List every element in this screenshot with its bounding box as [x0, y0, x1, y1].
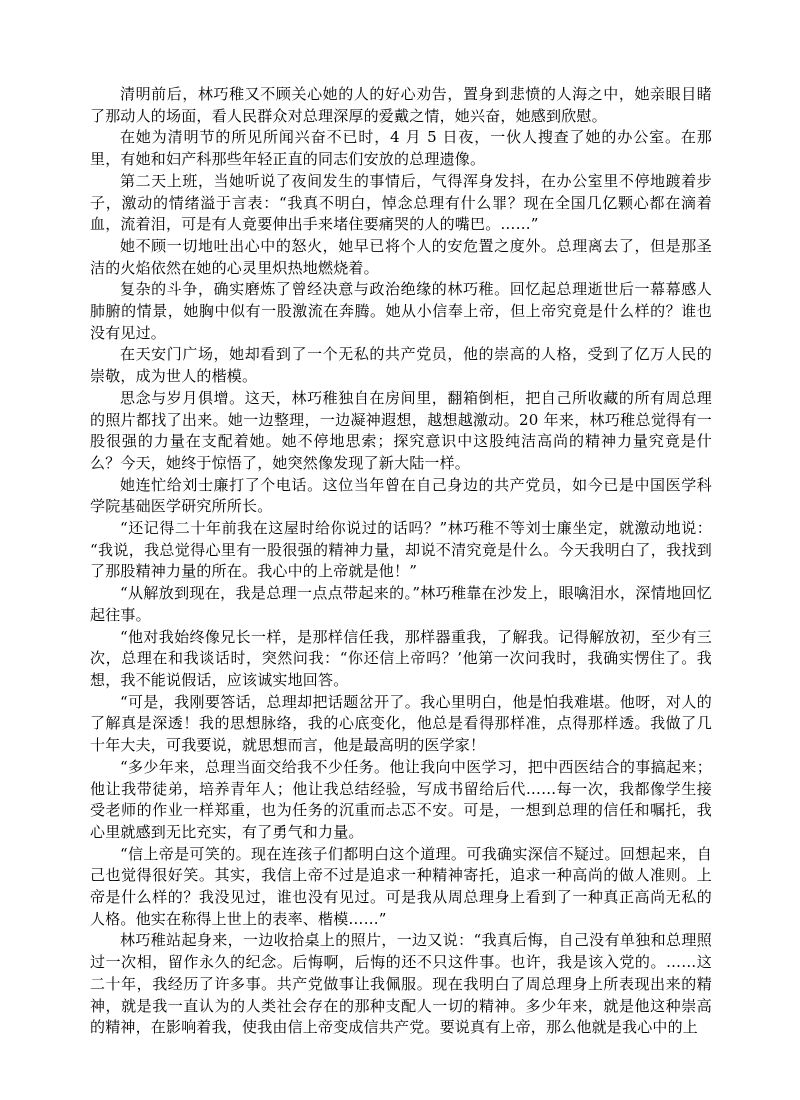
paragraph-11: “他对我始终像兄长一样，是那样信任我，那样器重我，了解我。记得解放初，至少有三次… [90, 627, 712, 692]
paragraph-15: 林巧稚站起身来，一边收拾桌上的照片，一边又说：“我真后悔，自己没有单独和总理照过… [90, 930, 712, 1039]
paragraph-1: 清明前后，林巧稚又不顾关心她的人的好心劝告，置身到悲愤的人海之中，她亲眼目睹了那… [90, 84, 712, 127]
paragraph-14: “信上帝是可笑的。现在连孩子们都明白这个道理。可我确实深信不疑过。回想起来，自己… [90, 844, 712, 931]
paragraph-2: 在她为清明节的所见所闻兴奋不已时，4 月 5 日夜，一伙人搜查了她的办公室。在那… [90, 127, 712, 170]
paragraph-13: “多少年来，总理当面交给我不少任务。他让我向中医学习，把中西医结合的事搞起来；他… [90, 757, 712, 844]
paragraph-5: 复杂的斗争，确实磨炼了曾经决意与政治绝缘的林巧稚。回忆起总理逝世后一幕幕感人肺腑… [90, 279, 712, 344]
paragraph-9: “还记得二十年前我在这屋时给你说过的话吗？”林巧稚不等刘士廉坐定，就激动地说：“… [90, 518, 712, 583]
paragraph-10: “从解放到现在，我是总理一点点带起来的。”林巧稚靠在沙发上，眼噙泪水，深情地回忆… [90, 583, 712, 626]
document-page: 清明前后，林巧稚又不顾关心她的人的好心劝告，置身到悲愤的人海之中，她亲眼目睹了那… [90, 84, 712, 1039]
paragraph-7: 思念与岁月俱增。这天，林巧稚独自在房间里，翻箱倒柜，把自己所收藏的所有周总理的照… [90, 388, 712, 475]
paragraph-3: 第二天上班，当她听说了夜间发生的事情后，气得浑身发抖，在办公室里不停地踱着步子，… [90, 171, 712, 236]
paragraph-8: 她连忙给刘士廉打了个电话。这位当年曾在自己身边的共产党员，如今已是中国医学科学院… [90, 475, 712, 518]
paragraph-6: 在天安门广场，她却看到了一个无私的共产党员，他的崇高的人格，受到了亿万人民的崇敬… [90, 344, 712, 387]
paragraph-12: “可是，我刚要答话，总理却把话题岔开了。我心里明白，他是怕我难堪。他呀，对人的了… [90, 692, 712, 757]
paragraph-4: 她不顾一切地吐出心中的怒火，她早已将个人的安危置之度外。总理离去了，但是那圣洁的… [90, 236, 712, 279]
